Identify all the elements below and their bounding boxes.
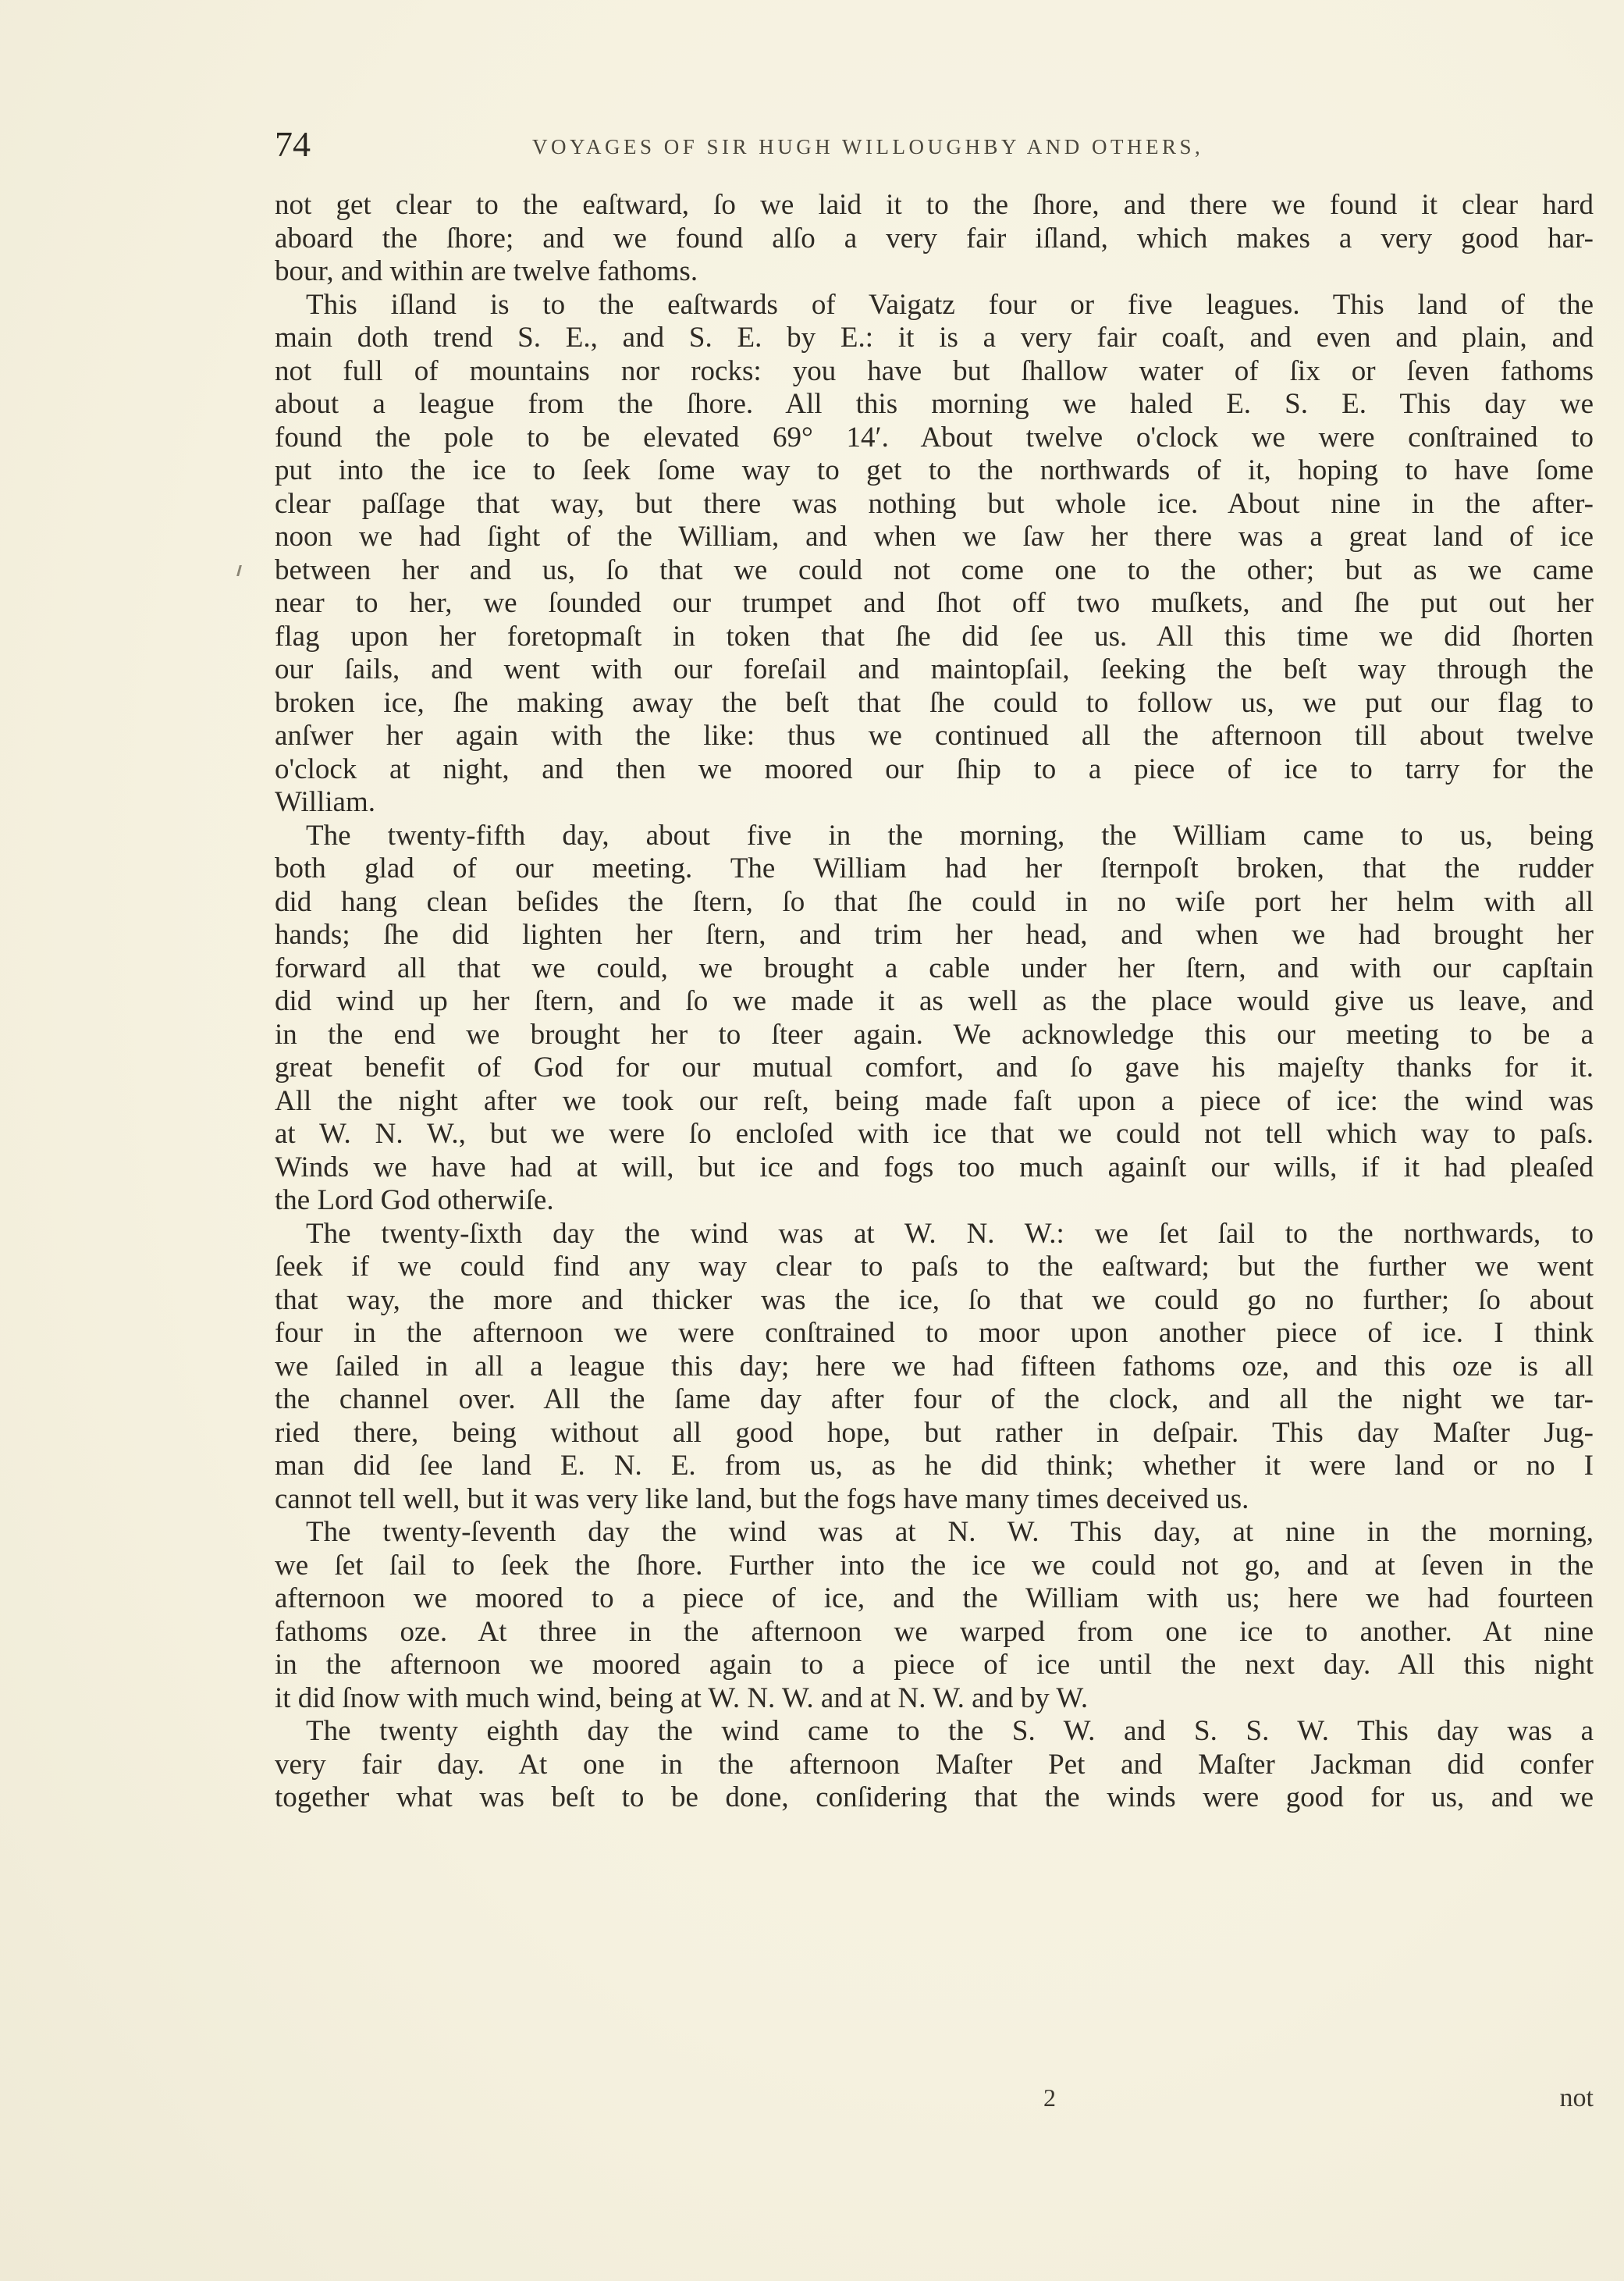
text-line: man did ſee land E. N. E. from us, as he…: [275, 1450, 1594, 1483]
text-line: did hang clean beſides the ſtern, ſo tha…: [275, 886, 1594, 920]
text-line: together what was beſt to be done, conſi…: [275, 1781, 1594, 1815]
text-line: our ſails, and went with our foreſail an…: [275, 653, 1594, 687]
running-title: Voyages of Sir Hugh Willoughby and Other…: [532, 131, 1203, 162]
text-line: near to her, we ſounded our trumpet and …: [275, 587, 1594, 621]
text-line: it did ſnow with much wind, being at W. …: [275, 1682, 1594, 1716]
text-line: did wind up her ſtern, and ſo we made it…: [275, 985, 1594, 1019]
text-line: Winds we have had at will, but ice and f…: [275, 1151, 1594, 1185]
text-line: forward all that we could, we brought a …: [275, 952, 1594, 986]
text-line: hands; ſhe did lighten her ſtern, and tr…: [275, 919, 1594, 952]
paragraph-start-line: The twenty eighth day the wind came to t…: [275, 1715, 1594, 1749]
text-line: fathoms oze. At three in the afternoon w…: [275, 1616, 1594, 1649]
text-line: we ſet ſail to ſeek the ſhore. Further i…: [275, 1550, 1594, 1583]
text-line: afternoon we moored to a piece of ice, a…: [275, 1582, 1594, 1616]
text-line: between her and us, ſo that we could not…: [275, 554, 1594, 588]
text-line: cannot tell well, but it was very like l…: [275, 1483, 1594, 1517]
text-line: very fair day. At one in the afternoon M…: [275, 1749, 1594, 1782]
paragraph-start-line: The twenty-ſixth day the wind was at W. …: [275, 1218, 1594, 1251]
text-line: flag upon her foretopmaſt in token that …: [275, 621, 1594, 654]
text-line: ſeek if we could find any way clear to p…: [275, 1251, 1594, 1284]
text-line: anſwer her again with the like: thus we …: [275, 720, 1594, 753]
text-line: great benefit of God for our mutual comf…: [275, 1052, 1594, 1085]
catchword: not: [1560, 2080, 1594, 2116]
text-line: at W. N. W., but we were ſo encloſed wit…: [275, 1118, 1594, 1151]
text-line: that way, the more and thicker was the i…: [275, 1284, 1594, 1318]
paragraph-start-line: The twenty-fifth day, about five in the …: [275, 820, 1594, 853]
text-line: ried there, being without all good hope,…: [275, 1417, 1594, 1450]
text-line: we ſailed in all a league this day; here…: [275, 1350, 1594, 1384]
margin-mark: [236, 565, 242, 576]
paragraph-start-line: The twenty-ſeventh day the wind was at N…: [275, 1516, 1594, 1550]
text-line: clear paſſage that way, but there was no…: [275, 488, 1594, 521]
text-line: in the afternoon we moored again to a pi…: [275, 1649, 1594, 1682]
text-line: not full of mountains nor rocks: you hav…: [275, 355, 1594, 389]
paragraph-start-line: This iſland is to the eaſtwards of Vaiga…: [275, 289, 1594, 322]
text-line: in the end we brought her to ſteer again…: [275, 1019, 1594, 1052]
text-line: noon we had ſight of the William, and wh…: [275, 521, 1594, 554]
text-line: aboard the ſhore; and we found alſo a ve…: [275, 222, 1594, 256]
text-line: o'clock at night, and then we moored our…: [275, 753, 1594, 787]
text-line: not get clear to the eaſtward, ſo we lai…: [275, 189, 1594, 222]
text-line: about a league from the ſhore. All this …: [275, 388, 1594, 422]
page-number: 74: [275, 125, 311, 164]
text-line: found the pole to be elevated 69° 14′. A…: [275, 422, 1594, 455]
page-footer: 2 not: [275, 2080, 1594, 2116]
text-line: All the night after we took our reſt, be…: [275, 1085, 1594, 1119]
text-line: put into the ice to ſeek ſome way to get…: [275, 454, 1594, 488]
text-line: the channel over. All the ſame day after…: [275, 1383, 1594, 1417]
text-line: both glad of our meeting. The William ha…: [275, 852, 1594, 886]
running-head: 74 Voyages of Sir Hugh Willoughby and Ot…: [275, 125, 1594, 164]
text-line: four in the afternoon we were conſtraine…: [275, 1317, 1594, 1350]
book-page: 74 Voyages of Sir Hugh Willoughby and Ot…: [0, 0, 1624, 2281]
text-line: broken ice, ſhe making away the beſt tha…: [275, 687, 1594, 721]
signature-mark: 2: [1043, 2080, 1056, 2116]
text-line: the Lord God otherwiſe.: [275, 1184, 1594, 1218]
body-text: not get clear to the eaſtward, ſo we lai…: [275, 189, 1594, 1815]
text-line: bour, and within are twelve fathoms.: [275, 255, 1594, 289]
text-line: main doth trend S. E., and S. E. by E.: …: [275, 322, 1594, 355]
text-line: William.: [275, 786, 1594, 820]
